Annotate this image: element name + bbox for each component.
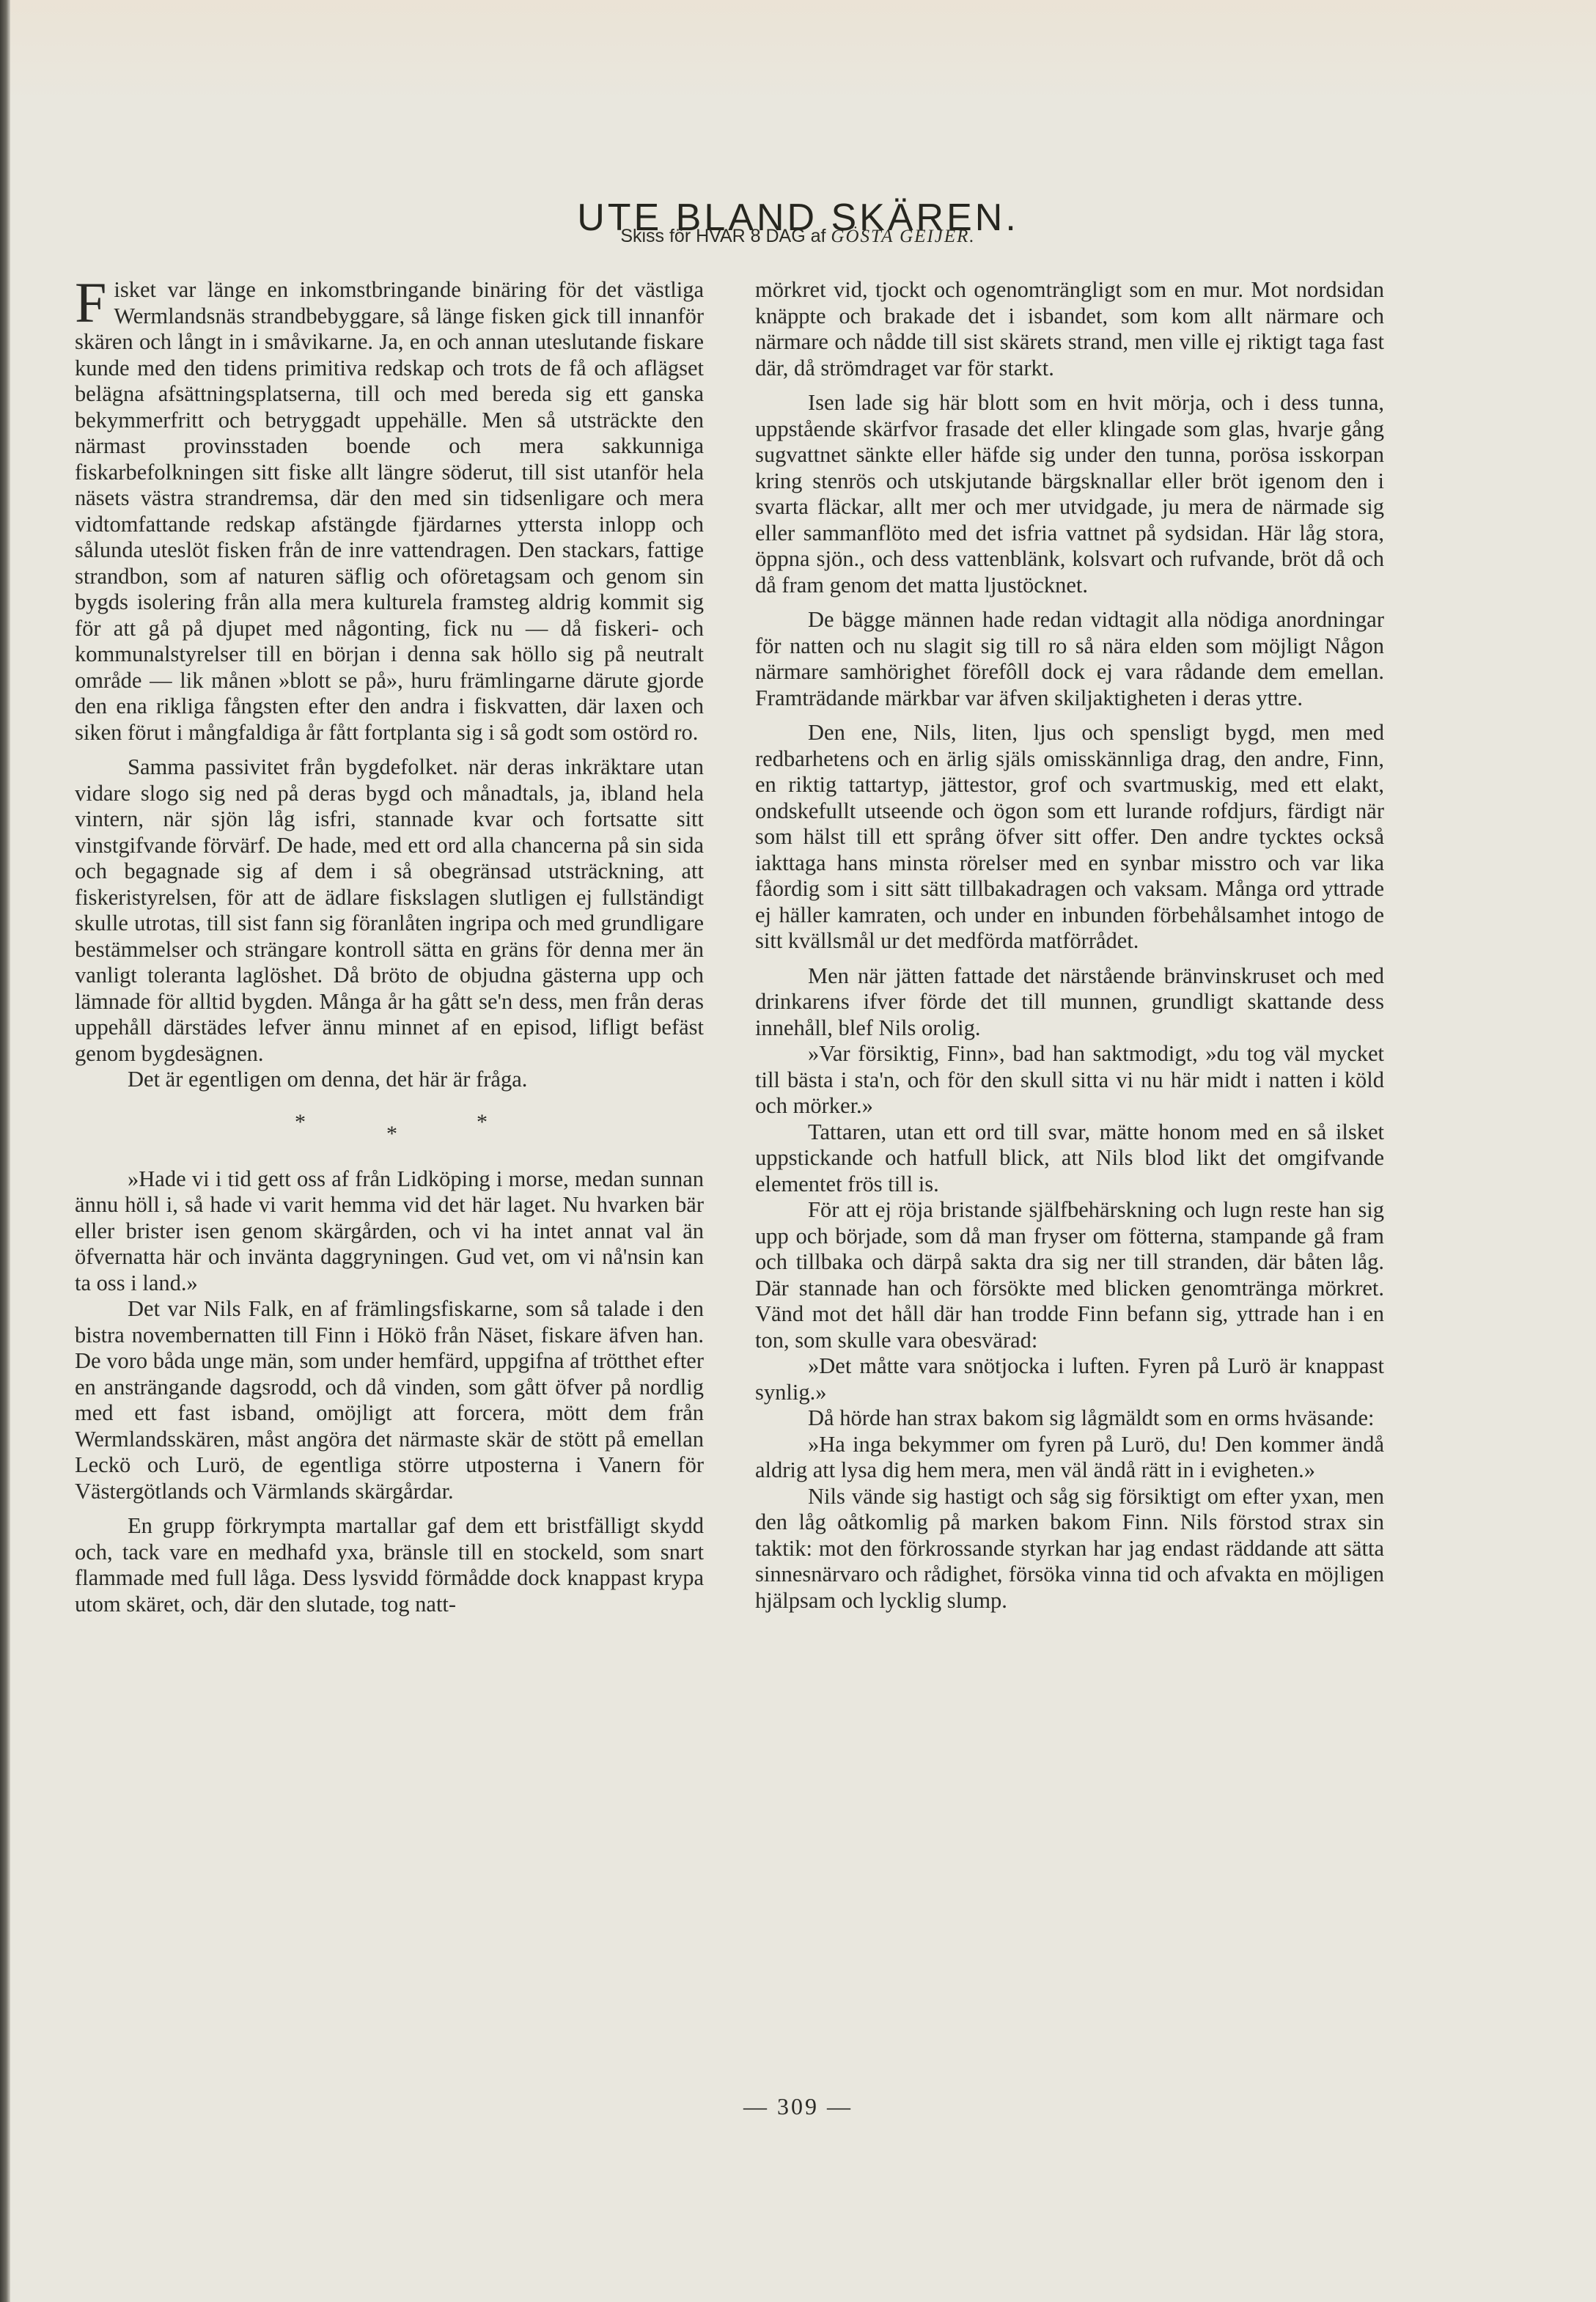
byline-prefix: Skiss för HVAR 8 DAG af	[620, 226, 831, 246]
drop-cap: F	[75, 280, 106, 326]
paragraph: Det är egentligen om denna, det här är f…	[75, 1067, 704, 1093]
paragraph: De bägge männen hade redan vidtagit alla…	[755, 607, 1384, 711]
left-column: Fisket var länge en inkomstbringande bin…	[75, 277, 704, 1617]
paragraph: Den ene, Nils, liten, ljus och spensligt…	[755, 720, 1384, 955]
paragraph: För att ej röja bristande själfbehärskni…	[755, 1197, 1384, 1353]
section-separator: * * *	[75, 1093, 704, 1166]
asterisk: *	[477, 1109, 488, 1136]
paragraph: Tattaren, utan ett ord till svar, mätte …	[755, 1119, 1384, 1198]
paragraph: Samma passivitet från bygdefolket. när d…	[75, 754, 704, 1067]
page-binding-edge	[0, 0, 10, 2302]
paragraph: Det var Nils Falk, en af främlingsfiskar…	[75, 1296, 704, 1504]
asterisk: *	[295, 1109, 306, 1136]
paragraph: »Det måtte vara snötjocka i luften. Fyre…	[755, 1353, 1384, 1405]
asterisk: *	[386, 1121, 397, 1147]
page-number: — 309 —	[0, 2093, 1596, 2120]
paragraph: mörkret vid, tjockt och ogenomträngligt …	[755, 277, 1384, 381]
paragraph: Men när jätten fattade det närstående br…	[755, 963, 1384, 1042]
article-byline: Skiss för HVAR 8 DAG af GÖSTA GEIJER.	[0, 226, 1596, 247]
author-name: GÖSTA GEIJER.	[831, 227, 975, 246]
paragraph: En grupp förkrympta martallar gaf dem et…	[75, 1513, 704, 1617]
paragraph: Fisket var länge en inkomstbringande bin…	[75, 277, 704, 746]
paragraph: Nils vände sig hastigt och såg sig försi…	[755, 1484, 1384, 1614]
right-column: mörkret vid, tjockt och ogenomträngligt …	[755, 277, 1384, 1614]
paragraph: Isen lade sig här blott som en hvit mörj…	[755, 390, 1384, 598]
paper-stain	[10, 0, 1596, 103]
paragraph: Då hörde han strax bakom sig lågmäldt so…	[755, 1405, 1384, 1432]
paragraph: »Var försiktig, Finn», bad han saktmodig…	[755, 1041, 1384, 1119]
paragraph-text: isket var länge en inkomstbringande binä…	[75, 277, 704, 745]
paragraph: »Ha inga bekymmer om fyren på Lurö, du! …	[755, 1432, 1384, 1484]
paragraph: »Hade vi i tid gett oss af från Lidköpin…	[75, 1166, 704, 1297]
